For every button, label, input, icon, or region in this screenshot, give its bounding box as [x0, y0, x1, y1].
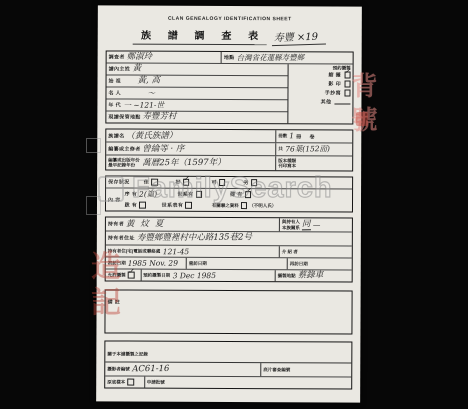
contents-line2: 跋 有 世系表有 有關聯之資料 （不明人氏）: [123, 200, 350, 212]
photographer-value: AC61-16: [132, 365, 259, 374]
row-keep-place: 現譜保管地點 寿豐芳村: [106, 111, 287, 123]
place-value: 台灣省花蓮縣寿豐鄉: [237, 54, 305, 62]
surveyor-label: 調查者: [109, 53, 125, 60]
preface-label: 序 有: [125, 191, 138, 198]
english-title: CLAN GENEALOGY IDENTIFICATION SHEET: [98, 15, 362, 22]
notable-label: 名 人: [108, 89, 121, 96]
related-material-checkbox: [241, 202, 248, 209]
compiler-value: 曾綸等 · 序: [143, 144, 274, 153]
row-holder: 持有者 黃炆夏 與持有人 本族關系 同 —: [106, 217, 352, 232]
row-notable: 名 人 〜: [106, 87, 287, 100]
row-holder-address: 持有者住址 寿豐鄉豐裡村中心路135巷2号: [106, 231, 352, 246]
relation-label-line2: 本族關系: [282, 225, 300, 230]
condition-good-checkmark: ✓: [183, 174, 189, 183]
volume-value: 1: [289, 133, 294, 141]
volume-unit-juan: 卷: [309, 133, 314, 140]
condition-good-checkbox: ✓: [183, 179, 190, 186]
condition-poor-checkbox: [251, 179, 258, 186]
lineage-label: 世系有: [177, 191, 193, 198]
biography-label: 傳 有: [230, 191, 243, 198]
photographer-label: 攝影者編號: [107, 366, 130, 371]
option-microfilm: 縮 攝 ✓: [291, 70, 351, 79]
filming-checkbox-panel: 預約攝製 縮 攝 ✓ 影 印 手抄寫: [287, 64, 352, 123]
option-photocopy: 影 印: [291, 79, 351, 88]
revisit-label: 重訪日期: [189, 261, 207, 266]
section-basic-info: 調查者 鄭淑玲 地點 台灣省花蓮縣寿豐鄉 譜內主姓 黃 始 祖 黃,: [105, 50, 353, 124]
book-title-label: 族譜名: [108, 132, 124, 139]
lineage-chart-checkbox: [185, 202, 192, 209]
handwritten-annotation: 寿豐 ×19: [272, 27, 327, 46]
permit-checkmark: ✓: [128, 267, 134, 276]
condition-label: 保存狀況: [108, 178, 130, 185]
era-label: 年 代: [108, 101, 121, 108]
basic-info-lower: 譜內主姓 黃 始 祖 黃, 高 名 人 〜 年 代: [106, 63, 352, 123]
row-original-sample: 原底樣本 申請批號: [105, 376, 351, 388]
title-row: 族 譜 調 查 表 寿豐 ×19: [98, 26, 362, 45]
gray-stamp-square-top: [86, 138, 101, 153]
handcopy-label: 手抄寫: [325, 90, 341, 97]
postscript-label: 跋 有: [125, 202, 138, 209]
relation-label: 與持有人 本族關系: [282, 220, 300, 230]
notes-label: 備 註: [106, 296, 123, 307]
scanned-document: CLAN GENEALOGY IDENTIFICATION SHEET 族 譜 …: [0, 0, 468, 409]
contents-label: 內 容: [108, 196, 121, 203]
row-era: 年 代 一 ~121-世: [106, 99, 287, 112]
holder-label: 持有者: [108, 220, 124, 227]
edition-label-line2: 刊印寫本: [278, 163, 296, 168]
row-compiler: 編纂或主修者 曾綸等 · 序 共 76葉(152面): [106, 142, 352, 156]
place-label: 地點: [224, 54, 235, 61]
film-check-label: 底片審查編號: [263, 367, 349, 373]
holder-phone-value: 121-45: [162, 247, 277, 255]
lineage-chart-label: 世系表有: [162, 202, 184, 209]
section-holder: 持有者 黃炆夏 與持有人 本族關系 同 — 持有者住址 寿豐鄉豐裡村中心路135…: [105, 216, 353, 282]
lineage-checkbox: [196, 191, 203, 198]
film-place-value: 蔡錄車: [298, 272, 350, 281]
permit-label: 允許攝製: [108, 272, 126, 277]
ancestor-label: 始 祖: [109, 77, 122, 84]
section-filming-record: 關于本譜攝製之記錄 攝影者編號 AC61-16 底片審查編號 原底樣本 申請批號: [104, 340, 352, 389]
volume-cell: 冊數 1 冊 卷: [275, 130, 350, 142]
related-material-note: （不明人氏）: [249, 203, 276, 208]
microfilm-label: 縮 攝: [328, 72, 341, 79]
basic-info-left: 譜內主姓 黃 始 祖 黃, 高 名 人 〜 年 代: [106, 63, 287, 123]
year-label: 編纂或出版年份 最早記錄年份: [108, 157, 140, 167]
chinese-title: 族 譜 調 查 表: [133, 27, 267, 46]
biography-checkbox: ✓: [245, 191, 252, 198]
row-contents: 內 容 序 有 2(篇) 世系有 傳 有 ✓ 跋 有: [106, 188, 352, 211]
preface-value: 2(篇): [139, 190, 157, 198]
row-book-title: 族譜名 （黃氏族譜） 冊數 1 冊 卷: [106, 129, 352, 143]
holder-address-label: 持有者住址: [108, 234, 135, 241]
keep-place-value: 寿豐芳村: [143, 113, 177, 122]
condition-fair-checkbox: [219, 179, 226, 186]
film-date-value: 3 Dec 1985: [172, 271, 273, 279]
holder-value: 黃炆夏: [126, 220, 277, 229]
photocopy-checkbox: [344, 81, 351, 88]
pages-value: 76葉(152面): [285, 145, 330, 153]
row-condition: 保存狀況 佳 好✓ 可 劣: [106, 176, 352, 189]
postscript-checkbox: [139, 202, 146, 209]
row-holder-phone: 持有者住(宅)電話或聯絡處 121-45 介 紹 者: [106, 245, 352, 258]
row-ancestor: 始 祖 黃, 高: [107, 75, 288, 88]
relation-cell: 與持有人 本族關系 同 —: [279, 218, 350, 231]
condition-good: 好✓: [174, 179, 192, 186]
edition-cell: 版本種類 刊印寫本: [275, 156, 350, 170]
pages-label: 共: [278, 147, 283, 152]
condition-excellent-checkbox: [151, 179, 158, 186]
edition-label: 版本種類 刊印寫本: [278, 158, 296, 168]
row-photographer: 攝影者編號 AC61-16 底片審查編號: [105, 362, 351, 377]
permit-checkbox: ✓: [128, 272, 135, 279]
relation-dash: —: [312, 221, 320, 229]
surveyor-value: 鄭淑玲: [127, 53, 219, 62]
form-paper: CLAN GENEALOGY IDENTIFICATION SHEET 族 譜 …: [96, 5, 362, 402]
gray-stamp-square-bottom: [86, 196, 101, 215]
condition-fair: 可: [210, 179, 228, 186]
main-surname-value: 黃: [132, 65, 141, 74]
condition-excellent: 佳: [142, 179, 160, 186]
compiler-label: 編纂或主修者: [108, 145, 140, 152]
row-surveyor: 調查者 鄭淑玲 地點 台灣省花蓮縣寿豐鄉: [107, 51, 353, 64]
keep-place-label: 現譜保管地點: [108, 113, 140, 120]
year-value: 萬曆25年（1597年）: [142, 158, 274, 167]
era-value: 一 ~121-世: [123, 101, 164, 109]
pages-cell: 共 76葉(152面): [275, 143, 350, 155]
film-place-label: 攝製地點: [278, 273, 296, 278]
related-material-label: 有關聯之資料: [212, 203, 239, 208]
contents-items: 序 有 2(篇) 世系有 傳 有 ✓ 跋 有 世系表有 有關聯: [123, 189, 351, 212]
photocopy-label: 影 印: [328, 81, 341, 88]
other-label: 其他: [321, 99, 332, 106]
section-notes: 備 註: [104, 289, 352, 334]
biography-checkmark: ✓: [245, 186, 251, 195]
row-visit-dates: 初訪日期 1985 Nov. 29 重訪日期 再訪日期: [106, 257, 352, 270]
next-visit-label: 再訪日期: [290, 261, 350, 266]
filming-record-header: 關于本譜攝製之記錄: [105, 341, 351, 363]
holder-address-value: 寿豐鄉豐裡村中心路135巷2号: [137, 234, 252, 243]
introducer-cell: 介 紹 者: [279, 246, 350, 257]
option-handcopy: 手抄寫: [290, 88, 350, 97]
relation-value: 同: [302, 220, 311, 230]
section-book-info: 族譜名 （黃氏族譜） 冊數 1 冊 卷 編纂或主修者 曾綸等 · 序 共 76葉…: [105, 128, 353, 171]
handcopy-checkbox: [344, 90, 351, 97]
ancestor-value: 黃, 高: [137, 77, 159, 86]
main-surname-label: 譜內主姓: [109, 65, 131, 72]
form-body: 調查者 鄭淑玲 地點 台灣省花蓮縣寿豐鄉 譜內主姓 黃 始 祖 黃,: [96, 50, 361, 389]
section-condition: 保存狀況 佳 好✓ 可 劣 內 容: [105, 175, 353, 212]
red-stamp-fragment: [356, 112, 368, 126]
microfilm-checkmark: ✓: [344, 67, 350, 76]
row-year: 編纂或出版年份 最早記錄年份 萬曆25年（1597年） 版本種類 刊印寫本: [106, 155, 352, 170]
introducer-label: 介 紹 者: [282, 249, 298, 254]
volume-unit-ce: 冊: [296, 133, 301, 140]
original-sample-checkbox: [127, 379, 134, 386]
other-blank-line: [334, 100, 350, 105]
holder-phone-label: 持有者住(宅)電話或聯絡處: [108, 248, 161, 253]
year-label-line2: 最早記錄年份: [108, 162, 135, 167]
original-sample-label: 原底樣本: [107, 379, 125, 384]
condition-poor: 劣: [241, 179, 259, 186]
row-main-surname: 譜內主姓 黃: [107, 63, 288, 76]
volume-label: 冊數: [278, 134, 287, 139]
first-visit-value: 1985 Nov. 29: [128, 259, 184, 267]
option-other: 其他: [290, 97, 350, 106]
row-filming: 允許攝製 ✓ 預約攝製日期 3 Dec 1985 攝製地點 蔡錄車: [106, 269, 352, 281]
film-date-label: 預約攝製日期: [143, 273, 170, 278]
notable-value: 〜: [147, 89, 155, 97]
first-visit-label: 初訪日期: [108, 260, 126, 265]
microfilm-checkbox: ✓: [344, 72, 351, 79]
apply-number-label: 申請批號: [147, 380, 165, 385]
book-title-value: （黃氏族譜）: [126, 131, 273, 140]
